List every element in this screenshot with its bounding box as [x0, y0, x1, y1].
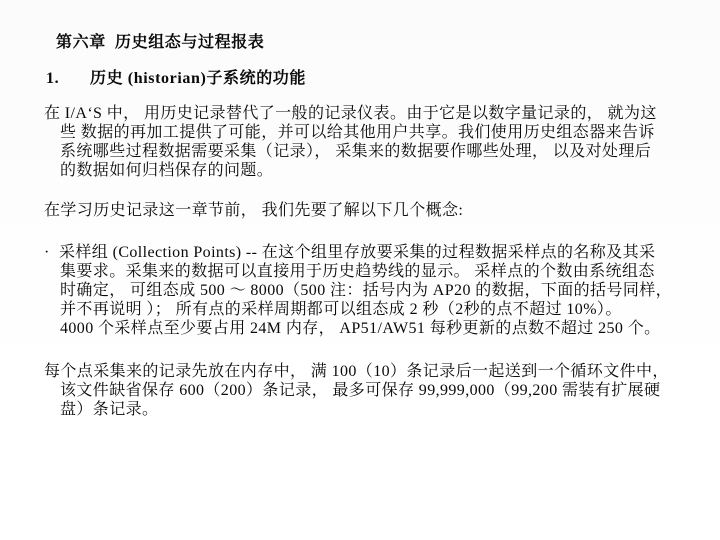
bullet-item-collection-points: · 采样组 (Collection Points) -- 在这个组里存放要采集的…	[44, 243, 702, 338]
bullet-first-line: · 采样组 (Collection Points) -- 在这个组里存放要采集的…	[44, 243, 702, 262]
text-line: 集要求。采集来的数据可以直接用于历史趋势线的显示。 采样点的个数由系统组态	[44, 262, 702, 281]
text-line: 些 数据的再加工提供了可能，并可以给其他用户共享。我们使用历史组态器来告诉	[44, 123, 702, 142]
text-line: 盘）条记录。	[44, 400, 702, 419]
chapter-title: 第六章 历史组态与过程报表	[56, 33, 702, 52]
section-title: 历史 (historian)子系统的功能	[90, 69, 306, 88]
paragraph-lead-in: 在学习历史记录这一章节前， 我们先要了解以下几个概念:	[44, 201, 702, 220]
slide-page: 第六章 历史组态与过程报表 1. 历史 (historian)子系统的功能 在 …	[0, 0, 720, 540]
text-line: 并不再说明 ）； 所有点的采样周期都可以组态成 2 秒（2秒的点不超过 10%）…	[44, 300, 702, 319]
text-line: 的数据如何归档保存的问题。	[44, 161, 702, 180]
text-line: 在 I/A‘S 中， 用历史记录替代了一般的记录仪表。由于它是以数字量记录的， …	[44, 104, 702, 123]
text-line: 在学习历史记录这一章节前， 我们先要了解以下几个概念:	[44, 201, 702, 220]
text-line: 系统哪些过程数据需要采集（记录）， 采集来的数据要作哪些处理， 以及对处理后	[44, 142, 702, 161]
bullet-marker-icon: ·	[44, 243, 59, 262]
text-line: 采样组 (Collection Points) -- 在这个组里存放要采集的过程…	[59, 243, 655, 262]
text-line: 该文件缺省保存 600（200）条记录， 最多可保存 99,999,000（99…	[44, 381, 702, 400]
paragraph-storage: 每个点采集来的记录先放在内存中， 满 100（10）条记录后一起送到一个循环文件…	[44, 362, 702, 419]
text-line: 时确定， 可组态成 500 ～ 8000（500 注：括号内为 AP20 的数据…	[44, 281, 702, 300]
text-line: 每个点采集来的记录先放在内存中， 满 100（10）条记录后一起送到一个循环文件…	[44, 362, 702, 381]
paragraph-intro: 在 I/A‘S 中， 用历史记录替代了一般的记录仪表。由于它是以数字量记录的， …	[44, 104, 702, 180]
text-line: 4000 个采样点至少要占用 24M 内存， AP51/AW51 每秒更新的点数…	[44, 319, 702, 338]
section-heading: 1. 历史 (historian)子系统的功能	[46, 69, 702, 88]
section-number: 1.	[46, 69, 90, 88]
